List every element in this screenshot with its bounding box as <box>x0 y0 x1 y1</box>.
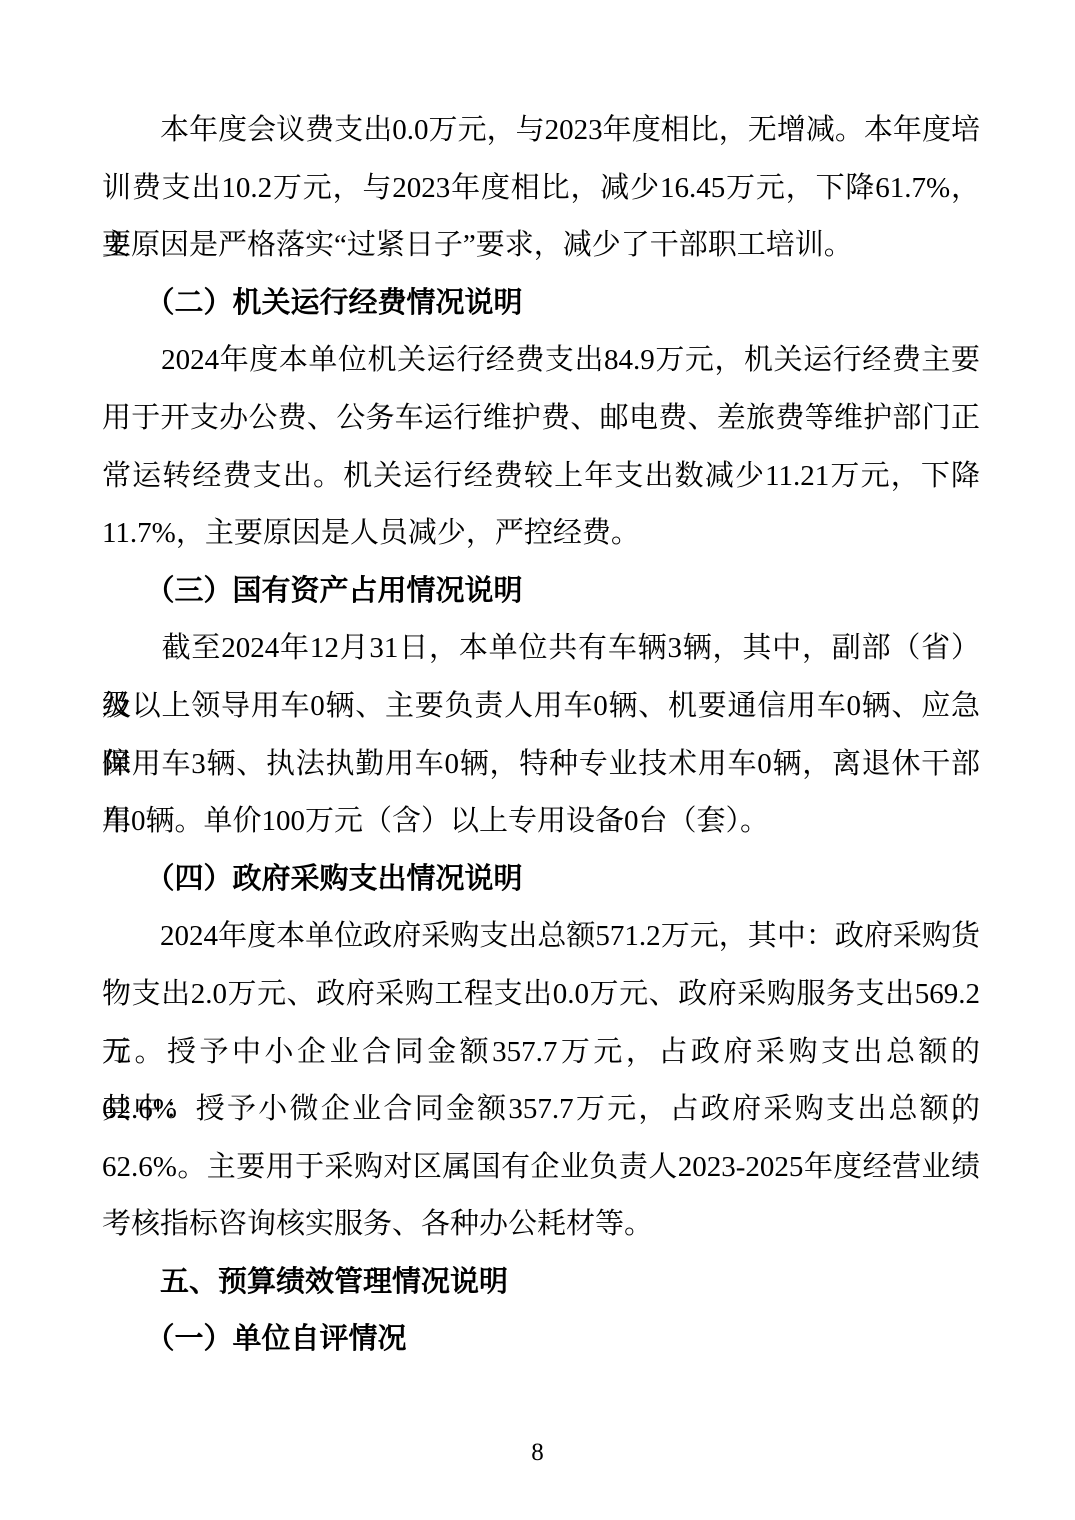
section-heading: （三）国有资产占用情况说明 <box>102 563 980 621</box>
text-line: 物支出2.0万元、政府采购工程支出0.0万元、政府采购服务支出569.2万 <box>102 966 980 1024</box>
text-line: 障用车3辆、执法执勤用车0辆，特种专业技术用车0辆，离退休干部用 <box>102 736 980 794</box>
text-line: 考核指标咨询核实服务、各种办公耗材等。 <box>102 1196 980 1254</box>
text-line: 训费支出10.2万元，与2023年度相比，减少16.45万元，下降61.7%，主 <box>102 160 980 218</box>
paragraph: 2024年度本单位政府采购支出总额571.2万元，其中：政府采购货物支出2.0万… <box>102 908 980 1254</box>
section-heading: （二）机关运行经费情况说明 <box>102 275 980 333</box>
section-heading: （四）政府采购支出情况说明 <box>102 851 980 909</box>
text-line: 及以上领导用车0辆、主要负责人用车0辆、机要通信用车0辆、应急保 <box>102 678 980 736</box>
document-body: 本年度会议费支出0.0万元，与2023年度相比，无增减。本年度培训费支出10.2… <box>102 102 980 1369</box>
text-line: 常运转经费支出。机关运行经费较上年支出数减少11.21万元，下降 <box>102 448 980 506</box>
text-line: （二）机关运行经费情况说明 <box>102 275 980 333</box>
text-line: 用于开支办公费、公务车运行维护费、邮电费、差旅费等维护部门正 <box>102 390 980 448</box>
text-line: 其中：授予小微企业合同金额357.7万元，占政府采购支出总额的 <box>102 1081 980 1139</box>
text-line: （三）国有资产占用情况说明 <box>102 563 980 621</box>
text-line: 2024年度本单位政府采购支出总额571.2万元，其中：政府采购货 <box>102 908 980 966</box>
text-line: 62.6%。主要用于采购对区属国有企业负责人2023-2025年度经营业绩 <box>102 1139 980 1197</box>
paragraph: 2024年度本单位机关运行经费支出84.9万元，机关运行经费主要用于开支办公费、… <box>102 332 980 562</box>
text-line: 要原因是严格落实“过紧日子”要求，减少了干部职工培训。 <box>102 217 980 275</box>
document-page: 本年度会议费支出0.0万元，与2023年度相比，无增减。本年度培训费支出10.2… <box>0 0 1075 1520</box>
text-line: 元。授予中小企业合同金额357.7万元，占政府采购支出总额的62.6%， <box>102 1024 980 1082</box>
section-heading: （一）单位自评情况 <box>102 1311 980 1369</box>
paragraph: 本年度会议费支出0.0万元，与2023年度相比，无增减。本年度培训费支出10.2… <box>102 102 980 275</box>
text-line: 2024年度本单位机关运行经费支出84.9万元，机关运行经费主要 <box>102 332 980 390</box>
paragraph: 截至2024年12月31日，本单位共有车辆3辆，其中，副部（省）级及以上领导用车… <box>102 620 980 850</box>
section-heading: 五、预算绩效管理情况说明 <box>102 1254 980 1312</box>
text-line: 本年度会议费支出0.0万元，与2023年度相比，无增减。本年度培 <box>102 102 980 160</box>
text-line: 截至2024年12月31日，本单位共有车辆3辆，其中，副部（省）级 <box>102 620 980 678</box>
text-line: （一）单位自评情况 <box>102 1311 980 1369</box>
text-line: 车0辆。单价100万元（含）以上专用设备0台（套）。 <box>102 793 980 851</box>
text-line: 11.7%，主要原因是人员减少，严控经费。 <box>102 505 980 563</box>
page-number: 8 <box>0 1436 1075 1470</box>
text-line: 五、预算绩效管理情况说明 <box>102 1254 980 1312</box>
text-line: （四）政府采购支出情况说明 <box>102 851 980 909</box>
